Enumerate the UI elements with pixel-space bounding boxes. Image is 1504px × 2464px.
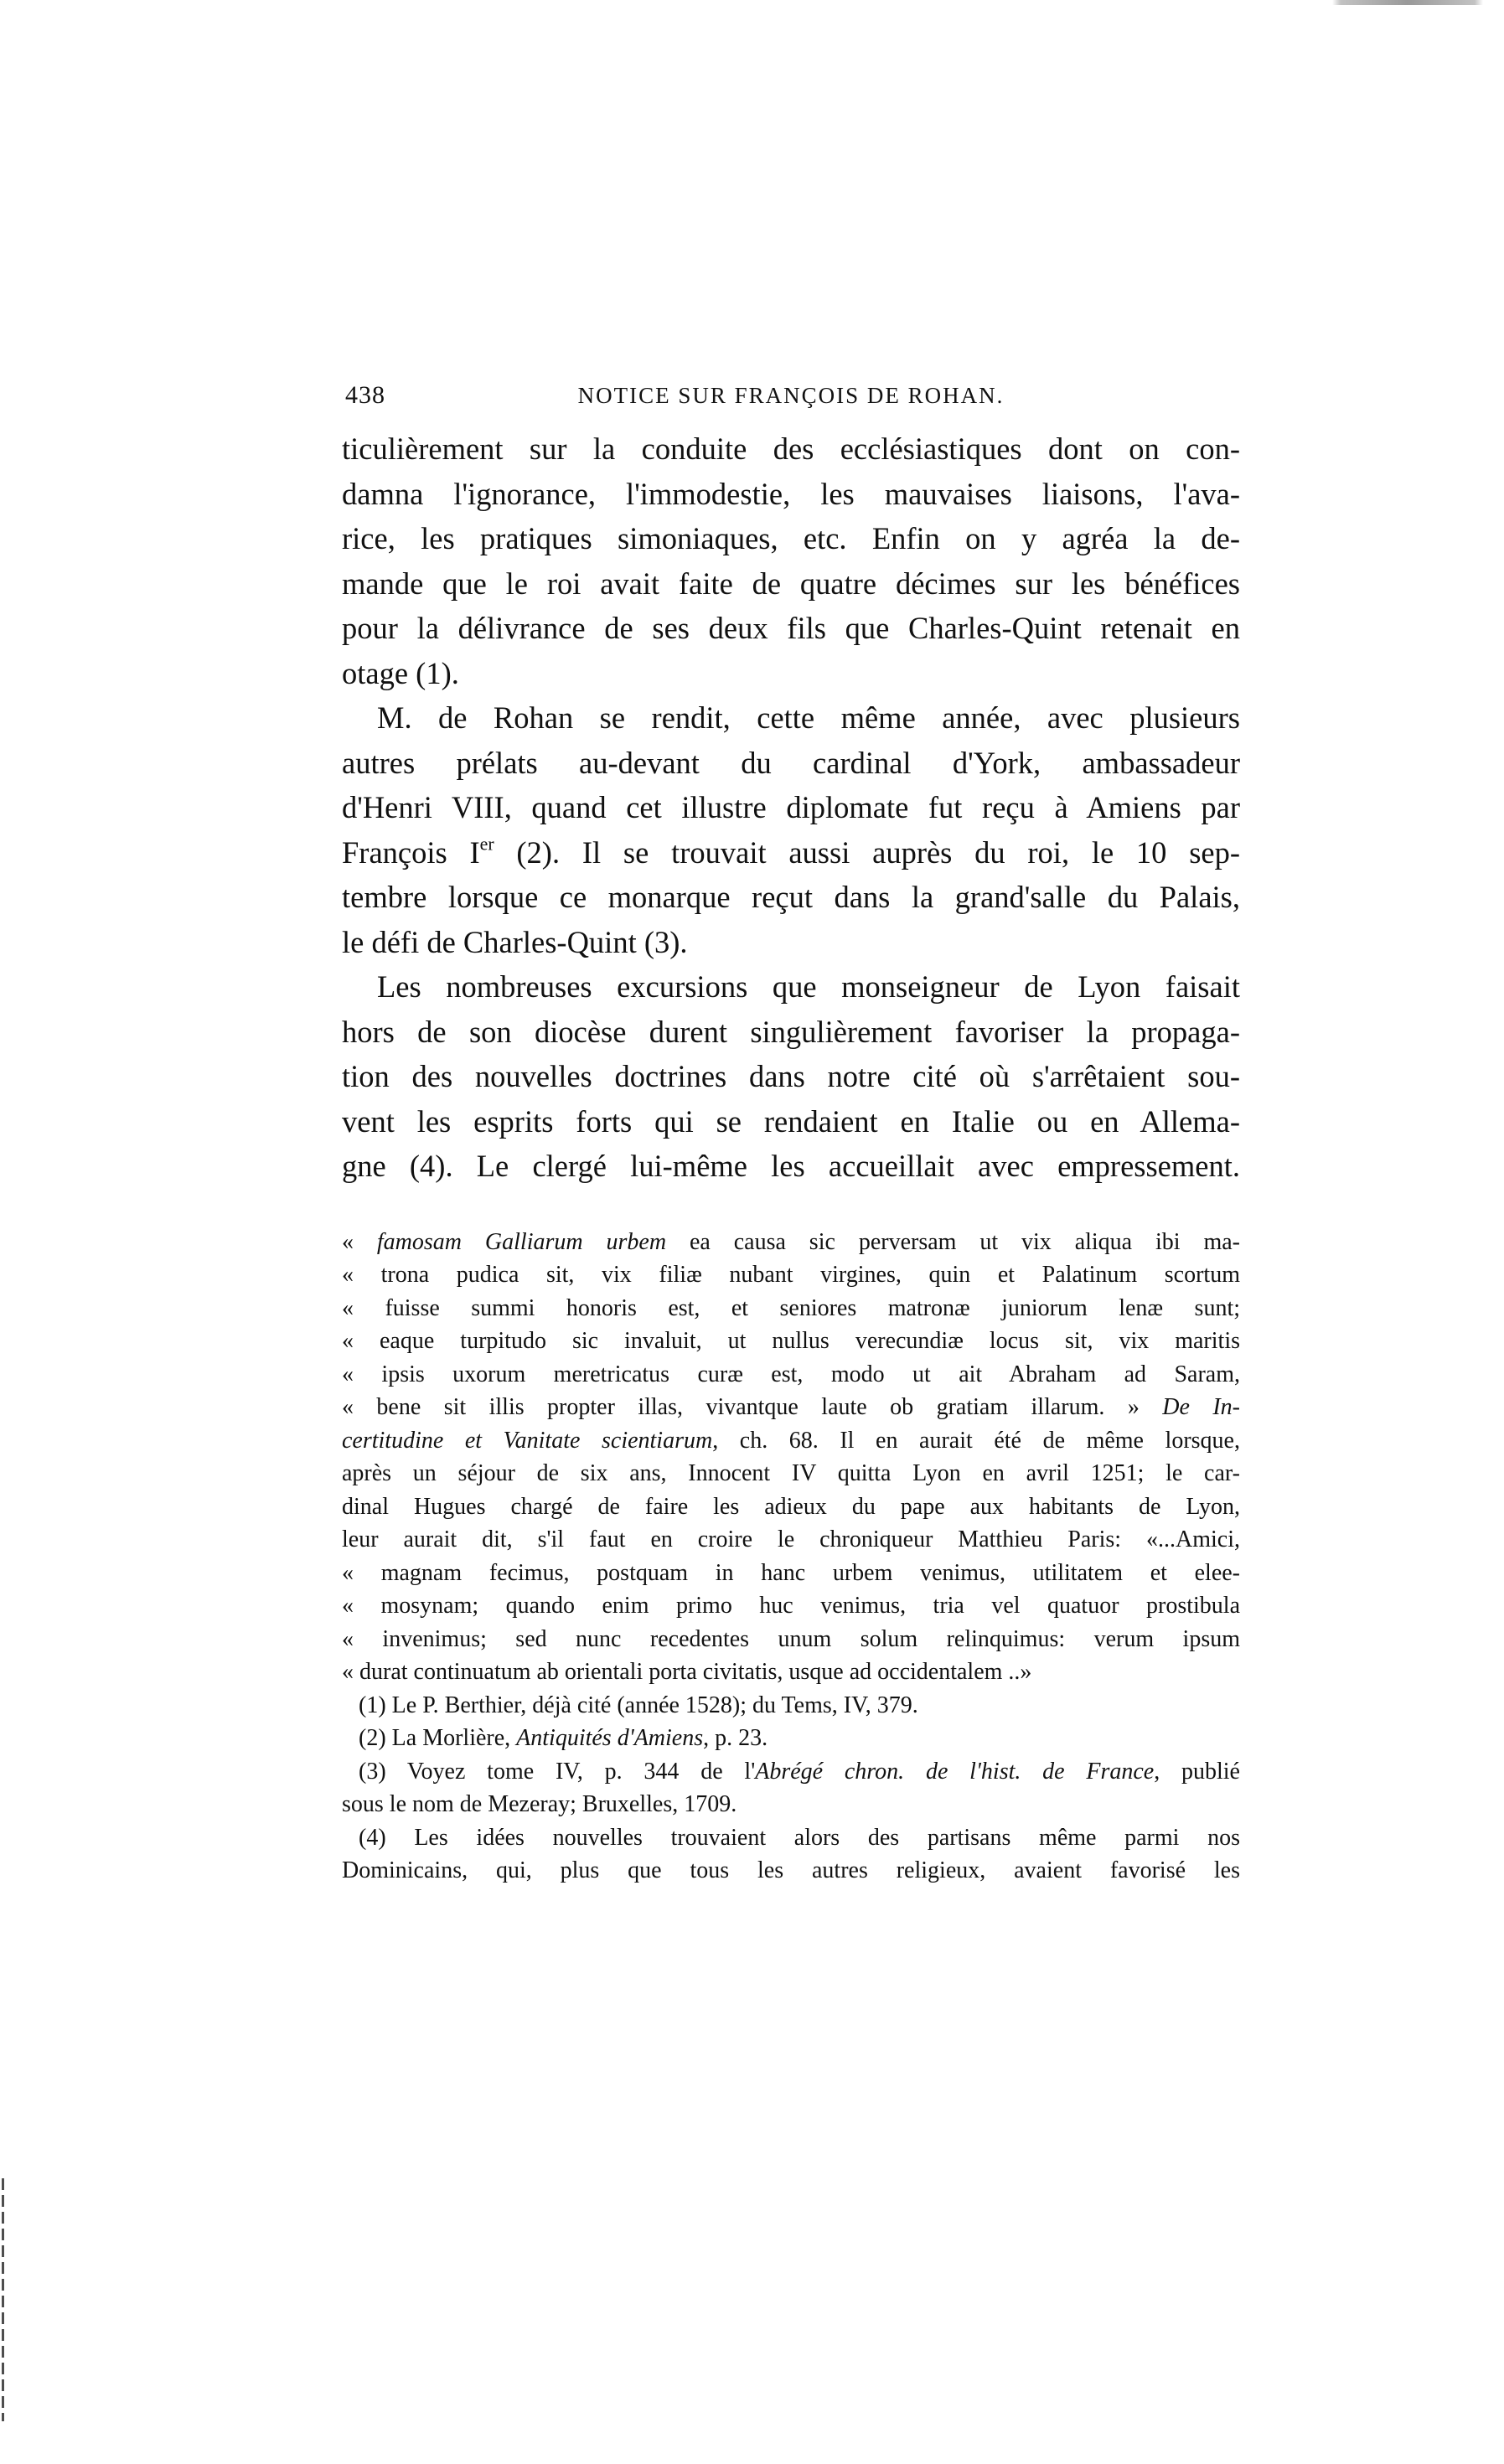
text-line: tembre lorsque ce monarque reçut dans la… [342, 875, 1240, 920]
running-head: 438 NOTICE SUR FRANÇOIS DE ROHAN. [342, 381, 1240, 421]
footnote-4: (4) Les idées nouvelles trouvaient alors… [342, 1821, 1240, 1888]
footnote-marker: (2) [359, 1725, 386, 1751]
main-text: ticulièrement sur la conduite des ecclés… [342, 426, 1240, 1189]
text-fragment: « bene sit illis propter illas, vivantqu… [342, 1394, 1162, 1420]
footnotes: « famosam Galliarum urbem ea causa sic p… [342, 1226, 1240, 1888]
footnote-line: Dominicains, qui, plus que tous les autr… [342, 1854, 1240, 1888]
footnote-line: (4) Les idées nouvelles trouvaient alors… [342, 1821, 1240, 1855]
footnote-marker: (3) [359, 1759, 386, 1785]
italic-title: famosam Galliarum urbem [377, 1229, 666, 1255]
italic-title: Antiquités d'Amiens [516, 1725, 703, 1751]
italic-title: Abrégé chron. de l'hist. de France [755, 1759, 1154, 1785]
footnote-line: « mosynam; quando enim primo huc venimus… [342, 1589, 1240, 1623]
footnote-line: « magnam fecimus, postquam in hanc urbem… [342, 1557, 1240, 1590]
footnote-line: « eaque turpitudo sic invaluit, ut nullu… [342, 1325, 1240, 1358]
italic-title: De In- [1162, 1394, 1240, 1420]
footnote-line: sous le nom de Mezeray; Bruxelles, 1709. [342, 1788, 1240, 1821]
paragraph-1: ticulièrement sur la conduite des ecclés… [342, 426, 1240, 695]
footnote-line: « durat continuatum ab orientali porta c… [342, 1656, 1240, 1689]
footnote-marker: (4) [359, 1825, 386, 1851]
paragraph-3: Les nombreuses excursions que monseigneu… [342, 964, 1240, 1189]
text-line: otage (1). [342, 651, 1240, 696]
text-fragment: , ch. 68. Il en aurait été de même lorsq… [712, 1428, 1240, 1454]
paragraph-2: M. de Rohan se rendit, cette même année,… [342, 695, 1240, 964]
running-title: NOTICE SUR FRANÇOIS DE ROHAN. [342, 383, 1240, 409]
footnote-2: (2) La Morlière, Antiquités d'Amiens, p.… [342, 1722, 1240, 1755]
text-fragment: ea causa sic perversam ut vix aliqua ibi… [666, 1229, 1240, 1255]
footnote-line: « fuisse summi honoris est, et seniores … [342, 1292, 1240, 1325]
text-line: rice, les pratiques simoniaques, etc. En… [342, 516, 1240, 561]
text-line: hors de son diocèse durent singulièremen… [342, 1010, 1240, 1055]
text-line: tion des nouvelles doctrines dans notre … [342, 1054, 1240, 1099]
footnote-continuation: « famosam Galliarum urbem ea causa sic p… [342, 1226, 1240, 1689]
text-line: gne (4). Le clergé lui-même les accueill… [342, 1144, 1240, 1189]
footnote-line: « invenimus; sed nunc recedentes unum so… [342, 1623, 1240, 1656]
scan-artifact-top-edge [0, 0, 1504, 5]
text-fragment: , publié [1154, 1759, 1240, 1785]
text-line: autres prélats au-devant du cardinal d'Y… [342, 741, 1240, 786]
text-fragment: La Morlière, [386, 1725, 517, 1751]
text-line: d'Henri VIII, quand cet illustre diploma… [342, 785, 1240, 830]
text-fragment: Le P. Berthier, déjà cité (année 1528); … [386, 1692, 918, 1718]
text-line: François Ier (2). Il se trouvait aussi a… [342, 830, 1240, 876]
text-line: pour la délivrance de ses deux fils que … [342, 606, 1240, 651]
footnote-marker: (1) [359, 1692, 386, 1718]
book-page: 438 NOTICE SUR FRANÇOIS DE ROHAN. ticuli… [342, 381, 1240, 1888]
footnote-line: certitudine et Vanitate scientiarum, ch.… [342, 1424, 1240, 1458]
text-fragment: , p. 23. [703, 1725, 768, 1751]
footnote-line: (3) Voyez tome IV, p. 344 de l'Abrégé ch… [342, 1755, 1240, 1789]
footnote-line: leur aurait dit, s'il faut en croire le … [342, 1523, 1240, 1557]
footnote-line: dinal Hugues chargé de faire les adieux … [342, 1490, 1240, 1524]
footnote-line: « ipsis uxorum meretricatus curæ est, mo… [342, 1358, 1240, 1392]
footnote-line: « famosam Galliarum urbem ea causa sic p… [342, 1226, 1240, 1259]
footnote-3: (3) Voyez tome IV, p. 344 de l'Abrégé ch… [342, 1755, 1240, 1821]
text-line: ticulièrement sur la conduite des ecclés… [342, 426, 1240, 472]
scan-artifact-left-edge [2, 2178, 4, 2421]
text-fragment: François I [342, 835, 480, 870]
footnote-line: « bene sit illis propter illas, vivantqu… [342, 1391, 1240, 1424]
text-line: Les nombreuses excursions que monseigneu… [342, 964, 1240, 1010]
footnote-line: « trona pudica sit, vix filiæ nubant vir… [342, 1258, 1240, 1292]
footnote-line: (2) La Morlière, Antiquités d'Amiens, p.… [342, 1722, 1240, 1755]
footnote-line: après un séjour de six ans, Innocent IV … [342, 1457, 1240, 1490]
text-line: vent les esprits forts qui se rendaient … [342, 1099, 1240, 1144]
footnote-line: (1) Le P. Berthier, déjà cité (année 152… [342, 1689, 1240, 1723]
text-fragment: Les idées nouvelles trouvaient alors des… [386, 1825, 1240, 1851]
text-line: le défi de Charles-Quint (3). [342, 920, 1240, 965]
superscript: er [480, 833, 494, 854]
quote-mark: « [342, 1229, 377, 1255]
text-line: M. de Rohan se rendit, cette même année,… [342, 695, 1240, 741]
italic-title: certitudine et Vanitate scientiarum [342, 1428, 712, 1454]
text-fragment: (2). Il se trouvait aussi auprès du roi,… [494, 835, 1240, 870]
text-fragment: Voyez tome IV, p. 344 de l' [386, 1759, 756, 1785]
text-line: damna l'ignorance, l'immodestie, les mau… [342, 472, 1240, 517]
footnote-1: (1) Le P. Berthier, déjà cité (année 152… [342, 1689, 1240, 1723]
text-line: mande que le roi avait faite de quatre d… [342, 561, 1240, 607]
